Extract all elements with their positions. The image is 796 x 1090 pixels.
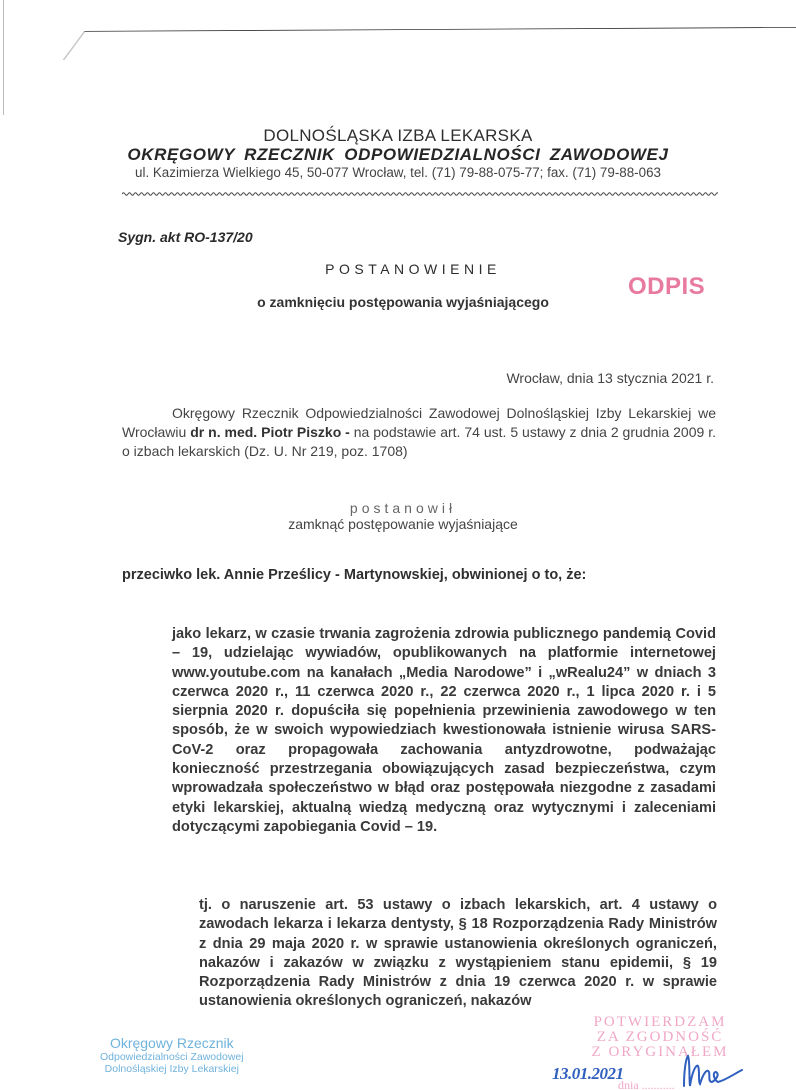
paper-left-edge [3, 0, 4, 115]
accused-line: przeciwko lek. Annie Prześlicy - Martyno… [122, 567, 586, 583]
legal-basis-paragraph: tj. o naruszenie art. 53 ustawy o izbach… [199, 896, 717, 1012]
office-name: OKRĘGOWY RZECZNIK ODPOWIEDZIALNOŚCI ZAWO… [0, 145, 796, 165]
office-stamp-line1: Okręgowy Rzecznik [100, 1035, 244, 1051]
charge-text: jako lekarz, w czasie trwania zagrożenia… [172, 625, 716, 837]
decision-action: zamknąć postępowanie wyjaśniające [0, 516, 796, 532]
place-and-date: Wrocław, dnia 13 stycznia 2021 r. [506, 370, 714, 386]
document-subtitle: o zamknięciu postępowania wyjaśniającego [0, 294, 796, 310]
prosecutor-name: dr n. med. Piotr Piszko - [190, 424, 350, 440]
certify-stamp-line2: ZA ZGODNOŚĆ [590, 1030, 730, 1045]
office-address: ul. Kazimierza Wielkiego 45, 50-077 Wroc… [0, 165, 796, 180]
office-stamp-line2: Odpowiedzialności Zawodowej [100, 1051, 244, 1063]
intro-paragraph: Okręgowy Rzecznik Odpowiedzialności Zawo… [122, 404, 716, 461]
institution-name: DOLNOŚLĄSKA IZBA LEKARSKA [0, 126, 796, 146]
charge-paragraph: jako lekarz, w czasie trwania zagrożenia… [172, 625, 716, 837]
certify-stamp-line1: POTWIERDZAM [590, 1015, 730, 1030]
office-stamp: Okręgowy Rzecznik Odpowiedzialności Zawo… [100, 1035, 244, 1075]
office-stamp-line3: Dolnośląskiej Izby Lekarskiej [100, 1063, 244, 1075]
paper-fold-edge [0, 0, 796, 60]
signature [676, 1050, 746, 1090]
header-divider [122, 191, 718, 197]
handwritten-date: 13.01.2021 [552, 1064, 624, 1084]
decision-verb: postanowił [0, 500, 796, 516]
certify-stamp-date-line: dnia ........... [618, 1078, 675, 1090]
case-reference: Sygn. akt RO-137/20 [118, 229, 253, 245]
legal-basis-text: tj. o naruszenie art. 53 ustawy o izbach… [199, 896, 717, 1012]
